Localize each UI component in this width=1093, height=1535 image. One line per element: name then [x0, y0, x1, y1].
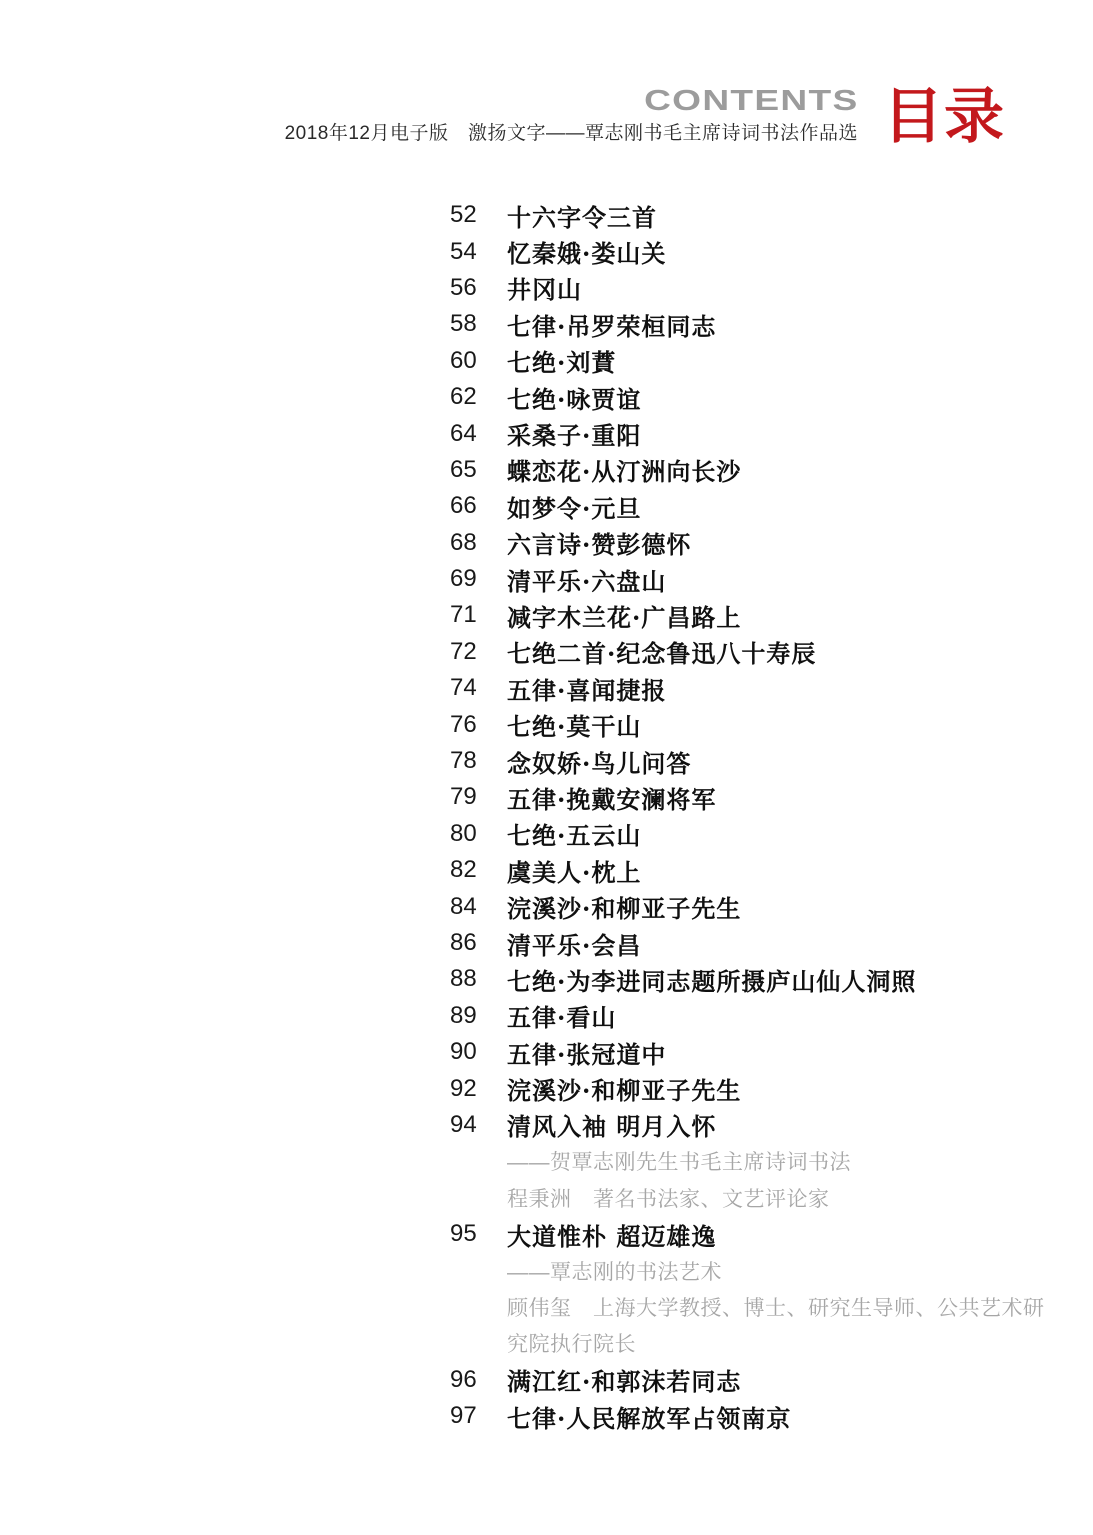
toc-page-number: 84 — [450, 893, 507, 921]
toc-entry-note-row: ——贺覃志刚先生书毛主席诗词书法 — [450, 1143, 1060, 1179]
toc-page-number: 78 — [450, 747, 507, 775]
toc-page-number: 89 — [450, 1002, 507, 1030]
toc-entry-note: ——覃志刚的书法艺术 — [507, 1256, 722, 1286]
toc-page-number: 90 — [450, 1038, 507, 1066]
toc-row: 90五律·张冠道中 — [450, 1034, 1060, 1070]
toc-page-number: 68 — [450, 529, 507, 557]
toc-page-number: 95 — [450, 1220, 507, 1248]
toc-row: 76七绝·莫干山 — [450, 706, 1060, 742]
contents-heading-en: CONTENTS — [644, 86, 858, 116]
toc-row: 92浣溪沙·和柳亚子先生 — [450, 1070, 1060, 1106]
toc-entry-title: 浣溪沙·和柳亚子先生 — [507, 889, 741, 924]
toc-row: 62七绝·咏贾谊 — [450, 379, 1060, 415]
toc-page-number: 66 — [450, 492, 507, 520]
toc-entry-title: 井冈山 — [507, 270, 582, 305]
toc-row: 86清平乐·会昌 — [450, 925, 1060, 961]
toc-entry-title: 虞美人·枕上 — [507, 853, 641, 888]
toc-row: 97七律·人民解放军占领南京 — [450, 1398, 1060, 1434]
toc-page-number: 60 — [450, 347, 507, 375]
toc-entry-title: 浣溪沙·和柳亚子先生 — [507, 1071, 741, 1106]
toc-row: 64采桑子·重阳 — [450, 415, 1060, 451]
toc-row: 80七绝·五云山 — [450, 816, 1060, 852]
toc-row: 95大道惟朴 超迈雄逸 — [450, 1216, 1060, 1252]
toc-row: 69清平乐·六盘山 — [450, 561, 1060, 597]
toc-page-number: 62 — [450, 383, 507, 411]
toc-row: 78念奴娇·鸟儿问答 — [450, 743, 1060, 779]
page-header: CONTENTS 2018年12月电子版 激扬文字——覃志刚书毛主席诗词书法作品… — [285, 86, 1005, 148]
toc-entry-title: 七绝·为李进同志题所摄庐山仙人洞照 — [507, 962, 916, 997]
toc-entry-note-row: 顾伟玺 上海大学教授、博士、研究生导师、公共艺术研 — [450, 1289, 1060, 1325]
toc-row: 96满江红·和郭沫若同志 — [450, 1362, 1060, 1398]
toc-page-number: 54 — [450, 238, 507, 266]
toc-row: 82虞美人·枕上 — [450, 852, 1060, 888]
toc-entry-note: ——贺覃志刚先生书毛主席诗词书法 — [507, 1146, 851, 1176]
toc-page-number: 64 — [450, 420, 507, 448]
contents-heading-cn: 目录 — [883, 86, 1005, 148]
toc-page-number: 80 — [450, 820, 507, 848]
toc-row: 56井冈山 — [450, 270, 1060, 306]
toc-row: 66如梦令·元旦 — [450, 488, 1060, 524]
toc-page-number: 97 — [450, 1402, 507, 1430]
toc-entry-title: 五律·挽戴安澜将军 — [507, 780, 716, 815]
toc-entry-title: 念奴娇·鸟儿问答 — [507, 744, 691, 779]
toc-page-number: 79 — [450, 783, 507, 811]
toc-page-number: 76 — [450, 711, 507, 739]
toc-row: 89五律·看山 — [450, 998, 1060, 1034]
toc-page-number: 94 — [450, 1111, 507, 1139]
toc-entry-title: 采桑子·重阳 — [507, 416, 641, 451]
toc-entry-title: 大道惟朴 超迈雄逸 — [507, 1217, 716, 1252]
toc-entry-title: 七律·人民解放军占领南京 — [507, 1399, 791, 1434]
toc-page-number: 88 — [450, 965, 507, 993]
toc-page-number: 65 — [450, 456, 507, 484]
toc-entry-note: 程秉洲 著名书法家、文艺评论家 — [507, 1183, 830, 1213]
toc-entry-title: 七绝·咏贾谊 — [507, 380, 641, 415]
toc-entry-title: 清风入袖 明月入怀 — [507, 1107, 716, 1142]
toc-page-number: 82 — [450, 856, 507, 884]
toc-page-number: 71 — [450, 601, 507, 629]
toc-entry-note-row: 程秉洲 著名书法家、文艺评论家 — [450, 1180, 1060, 1216]
toc-page-number: 96 — [450, 1366, 507, 1394]
toc-page-number: 72 — [450, 638, 507, 666]
toc-entry-title: 清平乐·会昌 — [507, 926, 641, 961]
toc-entry-note-row: 究院执行院长 — [450, 1325, 1060, 1361]
toc-entry-title: 七绝二首·纪念鲁迅八十寿辰 — [507, 634, 816, 669]
toc-entry-title: 忆秦娥·娄山关 — [507, 234, 666, 269]
toc-page-number: 86 — [450, 929, 507, 957]
toc-row: 54忆秦娥·娄山关 — [450, 233, 1060, 269]
toc-row: 65蝶恋花·从汀洲向长沙 — [450, 452, 1060, 488]
toc-row: 71减字木兰花·广昌路上 — [450, 597, 1060, 633]
toc-entry-note: 究院执行院长 — [507, 1328, 636, 1358]
toc-entry-title: 六言诗·赞彭德怀 — [507, 525, 691, 560]
toc-row: 68六言诗·赞彭德怀 — [450, 525, 1060, 561]
toc-page-number: 58 — [450, 310, 507, 338]
toc-row: 94清风入袖 明月入怀 — [450, 1107, 1060, 1143]
toc-page-number: 56 — [450, 274, 507, 302]
toc-row: 88七绝·为李进同志题所摄庐山仙人洞照 — [450, 961, 1060, 997]
toc-page-number: 92 — [450, 1075, 507, 1103]
toc-row: 60七绝·刘蕡 — [450, 343, 1060, 379]
toc-row: 52十六字令三首 — [450, 197, 1060, 233]
toc-entry-title: 七律·吊罗荣桓同志 — [507, 307, 716, 342]
toc-page-number: 69 — [450, 565, 507, 593]
toc-entry-note: 顾伟玺 上海大学教授、博士、研究生导师、公共艺术研 — [507, 1292, 1045, 1322]
toc-row: 72七绝二首·纪念鲁迅八十寿辰 — [450, 634, 1060, 670]
toc-row: 79五律·挽戴安澜将军 — [450, 779, 1060, 815]
toc-entry-title: 满江红·和郭沫若同志 — [507, 1362, 741, 1397]
toc-entry-title: 清平乐·六盘山 — [507, 562, 666, 597]
toc-row: 58七律·吊罗荣桓同志 — [450, 306, 1060, 342]
edition-subtitle: 2018年12月电子版 激扬文字——覃志刚书毛主席诗词书法作品选 — [285, 122, 858, 146]
toc-entry-title: 五律·看山 — [507, 998, 616, 1033]
toc-entry-title: 十六字令三首 — [507, 198, 657, 233]
toc-entry-title: 蝶恋花·从汀洲向长沙 — [507, 452, 741, 487]
toc-row: 84浣溪沙·和柳亚子先生 — [450, 888, 1060, 924]
toc-entry-title: 五律·张冠道中 — [507, 1035, 666, 1070]
toc-entry-title: 七绝·五云山 — [507, 816, 641, 851]
toc-row: 74五律·喜闻捷报 — [450, 670, 1060, 706]
contents-page: { "header": { "contents_label": "CONTENT… — [0, 0, 1093, 1535]
toc-entry-title: 五律·喜闻捷报 — [507, 671, 666, 706]
toc-page-number: 52 — [450, 201, 507, 229]
toc-entry-title: 减字木兰花·广昌路上 — [507, 598, 741, 633]
toc-page-number: 74 — [450, 674, 507, 702]
header-left-block: CONTENTS 2018年12月电子版 激扬文字——覃志刚书毛主席诗词书法作品… — [285, 86, 858, 146]
toc-entry-note-row: ——覃志刚的书法艺术 — [450, 1252, 1060, 1288]
toc-entry-title: 如梦令·元旦 — [507, 489, 641, 524]
toc-entry-title: 七绝·莫干山 — [507, 707, 641, 742]
toc-entry-title: 七绝·刘蕡 — [507, 343, 616, 378]
toc-list: 52十六字令三首54忆秦娥·娄山关56井冈山58七律·吊罗荣桓同志60七绝·刘蕡… — [450, 197, 1060, 1434]
